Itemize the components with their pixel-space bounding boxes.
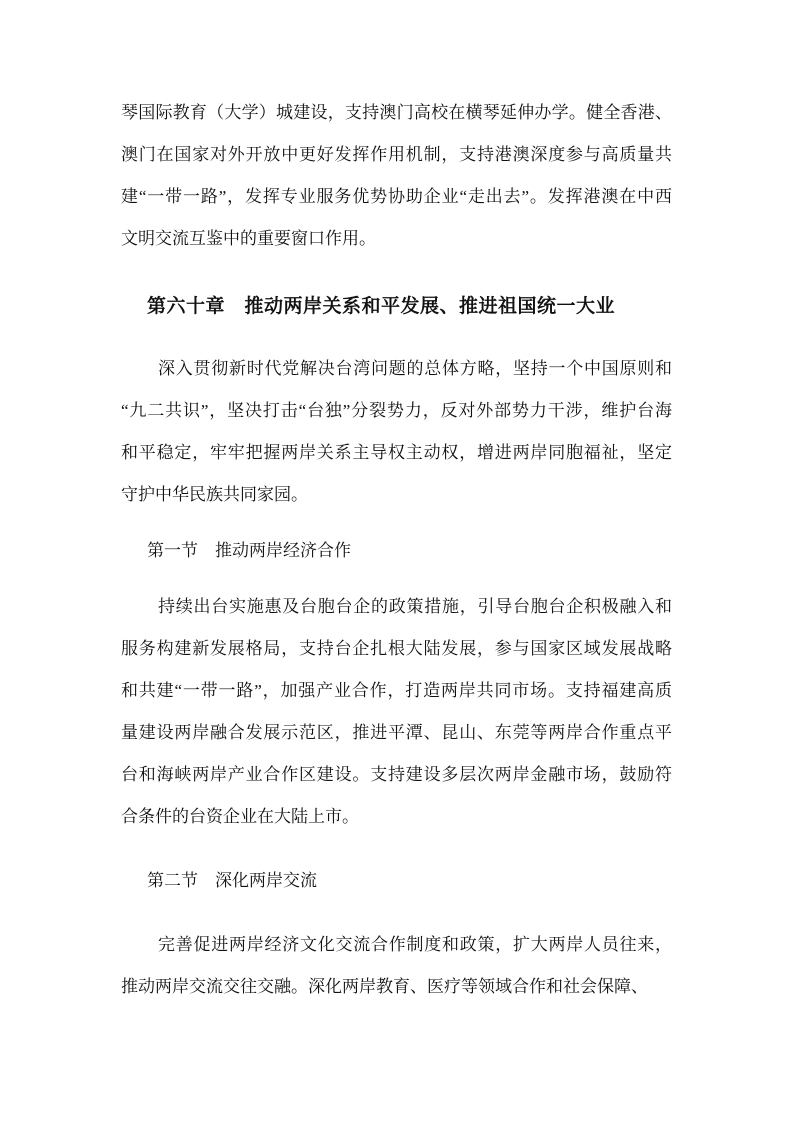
text-line: 台和海峡两岸产业合作区建设。支持建设多层次两岸金融市场，鼓励符: [121, 754, 672, 796]
text-line: 守护中华民族共同家园。: [121, 474, 672, 516]
text-line: 服务构建新发展格局，支持台企扎根大陆发展，参与国家区域发展战略: [121, 628, 672, 670]
text-line: 建“一带一路”，发挥专业服务优势协助企业“走出去”。发挥港澳在中西: [121, 176, 672, 218]
text-line: 和共建“一带一路”，加强产业合作，打造两岸共同市场。支持福建高质: [121, 670, 672, 712]
text-line: 持续出台实施惠及台胞台企的政策措施，引导台胞台企积极融入和: [121, 586, 672, 628]
text-line: 文明交流互鉴中的重要窗口作用。: [121, 218, 672, 260]
paragraph: 琴国际教育（大学）城建设，支持澳门高校在横琴延伸办学。健全香港、澳门在国家对外开…: [121, 92, 672, 260]
document-content: 琴国际教育（大学）城建设，支持澳门高校在横琴延伸办学。健全香港、澳门在国家对外开…: [121, 0, 672, 1008]
paragraph: 持续出台实施惠及台胞台企的政策措施，引导台胞台企积极融入和服务构建新发展格局，支…: [121, 586, 672, 838]
text-line: 推动两岸交流交往交融。深化两岸教育、医疗等领域合作和社会保障、: [121, 966, 672, 1008]
text-line: 量建设两岸融合发展示范区，推进平潭、昆山、东莞等两岸合作重点平: [121, 712, 672, 754]
text-line: 合条件的台资企业在大陆上市。: [121, 796, 672, 838]
paragraph: 深入贯彻新时代党解决台湾问题的总体方略，坚持一个中国原则和“九二共识”，坚决打击…: [121, 348, 672, 516]
chapter-heading: 第六十章 推动两岸关系和平发展、推进祖国统一大业: [147, 286, 672, 328]
text-line: 深入贯彻新时代党解决台湾问题的总体方略，坚持一个中国原则和: [121, 348, 672, 390]
text-line: “九二共识”，坚决打击“台独”分裂势力，反对外部势力干涉，维护台海: [121, 390, 672, 432]
text-line: 完善促进两岸经济文化交流合作制度和政策，扩大两岸人员往来，: [121, 924, 672, 966]
text-line: 琴国际教育（大学）城建设，支持澳门高校在横琴延伸办学。健全香港、: [121, 92, 672, 134]
text-line: 澳门在国家对外开放中更好发挥作用机制，支持港澳深度参与高质量共: [121, 134, 672, 176]
paragraph: 完善促进两岸经济文化交流合作制度和政策，扩大两岸人员往来，推动两岸交流交往交融。…: [121, 924, 672, 1008]
section-heading: 第二节 深化两岸交流: [147, 860, 672, 902]
section-heading: 第一节 推动两岸经济合作: [147, 530, 672, 572]
text-line: 和平稳定，牢牢把握两岸关系主导权主动权，增进两岸同胞福祉，坚定: [121, 432, 672, 474]
document-page: 琴国际教育（大学）城建设，支持澳门高校在横琴延伸办学。健全香港、澳门在国家对外开…: [0, 0, 793, 1122]
